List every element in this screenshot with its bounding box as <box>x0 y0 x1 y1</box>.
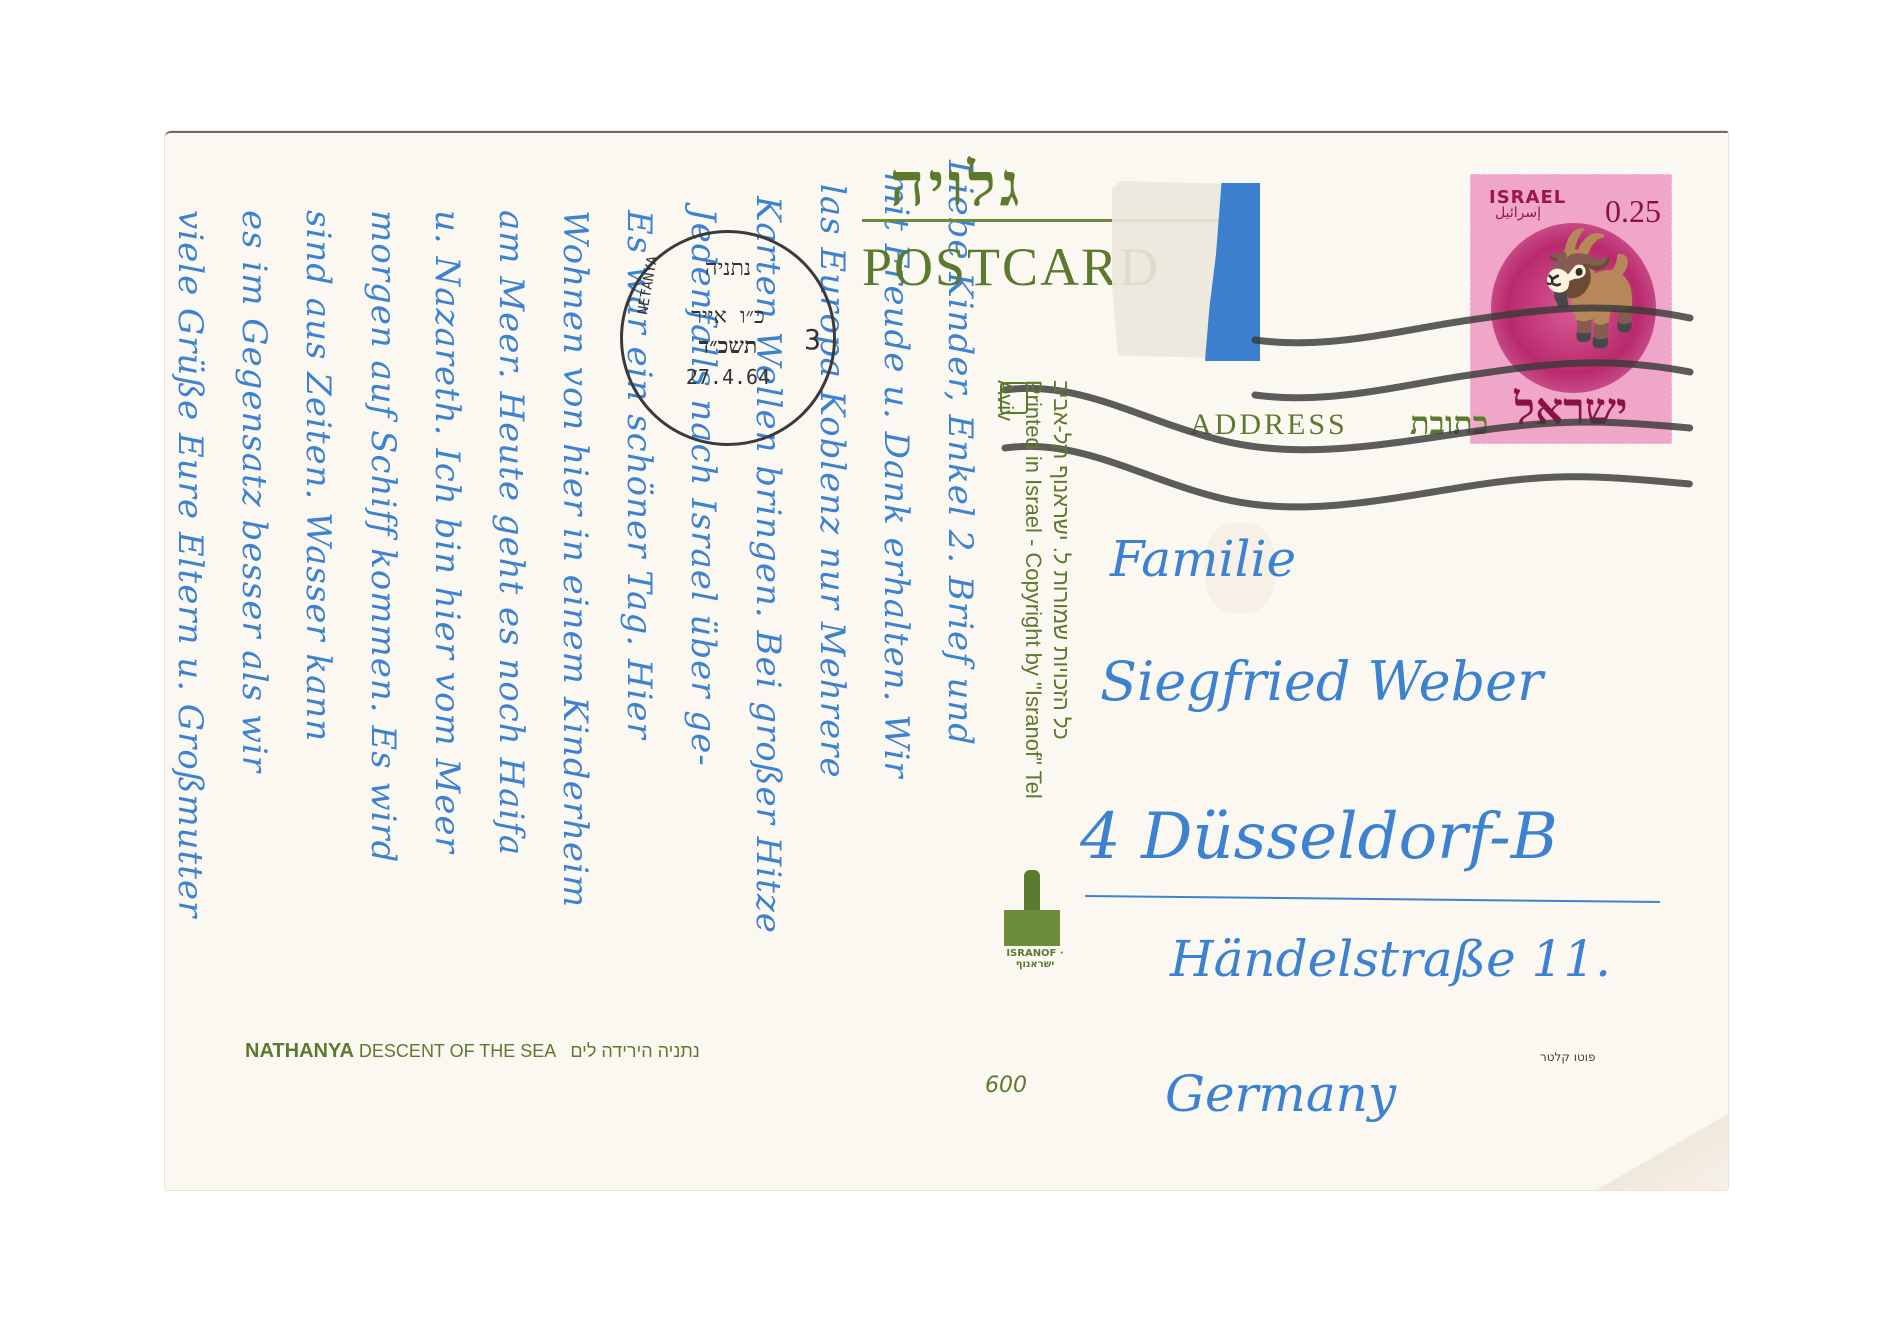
message-line: es im Gegensatz besser als wir <box>234 210 274 773</box>
goat-icon: 🐐 <box>1523 233 1660 343</box>
caption-description: DESCENT OF THE SEA <box>359 1041 555 1061</box>
postage-stamp: 🐐 ISRAEL إسرائيل 0.25 ישראל <box>1470 174 1672 444</box>
printer-credit: כל הזכויות שמורות ל. ישראנוף תל-אביב Pri… <box>995 380 1075 840</box>
postmark-date: 27.4.64 <box>653 365 803 389</box>
address-label: ADDRESS <box>1190 408 1348 442</box>
message-line: Wohnen von hier in einem Kinderheim <box>555 210 595 908</box>
postmark-hebrew-month: כ״ו אייר <box>653 303 803 329</box>
recipient-line-1: Familie <box>1110 530 1296 588</box>
building-icon <box>1004 910 1060 946</box>
recipient-line-3: 4 Düsseldorf-B <box>1080 800 1558 874</box>
recipient-line-2: Siegfried Weber <box>1100 650 1543 713</box>
message-line: sind aus Zeiten. Wasser kann <box>298 210 338 742</box>
caption-hebrew: נתניה הירידה לים <box>570 1041 699 1061</box>
heading-hebrew: גלויה <box>890 150 1023 220</box>
stamp-value: 0.25 <box>1605 193 1661 230</box>
stamp-country-hebrew: ישראל <box>1483 384 1659 435</box>
isranof-logo-text: ISRANOF · ישראנוף <box>990 948 1080 970</box>
photo-caption: NATHANYA DESCENT OF THE SEA נתניה הירידה… <box>245 1040 700 1063</box>
message-line: viele Grüße Eure Eltern u. Großmutter <box>170 210 210 918</box>
printer-credit-hebrew: כל הזכויות שמורות ל. ישראנוף תל-אביב <box>1047 380 1075 840</box>
postmark-number: 3 <box>804 323 821 356</box>
recipient-line-5: Germany <box>1165 1065 1396 1123</box>
printer-credit-english: Printed in Israel - Copyright by "Israno… <box>991 380 1047 840</box>
recipient-line-4: Händelstraße 11. <box>1170 930 1611 988</box>
message-line: am Meer. Heute geht es noch Haifa <box>491 210 531 856</box>
message-line: u. Nazareth. Ich bin hier vom Meer <box>427 210 467 854</box>
card-number: 600 <box>985 1073 1027 1098</box>
message-line: morgen auf Schiff kommen. Es wird <box>363 210 403 863</box>
stamp-country-arabic: إسرائيل <box>1495 205 1541 221</box>
photo-credit: פוטו קלטר <box>1540 1050 1596 1064</box>
caption-place: NATHANYA <box>245 1040 354 1062</box>
handwritten-message: Liebe Kinder, Enkel 2. Brief undmit Freu… <box>160 150 990 1150</box>
circular-postmark: נתניה NETANYA כ״ו אייר תשכ״ד 27.4.64 3 <box>620 230 836 446</box>
postmark-hebrew-year: תשכ״ד <box>653 333 803 359</box>
address-label-hebrew: כתובת <box>1410 404 1488 442</box>
isranof-tower-logo: ISRANOF · ישראנוף <box>990 870 1080 970</box>
